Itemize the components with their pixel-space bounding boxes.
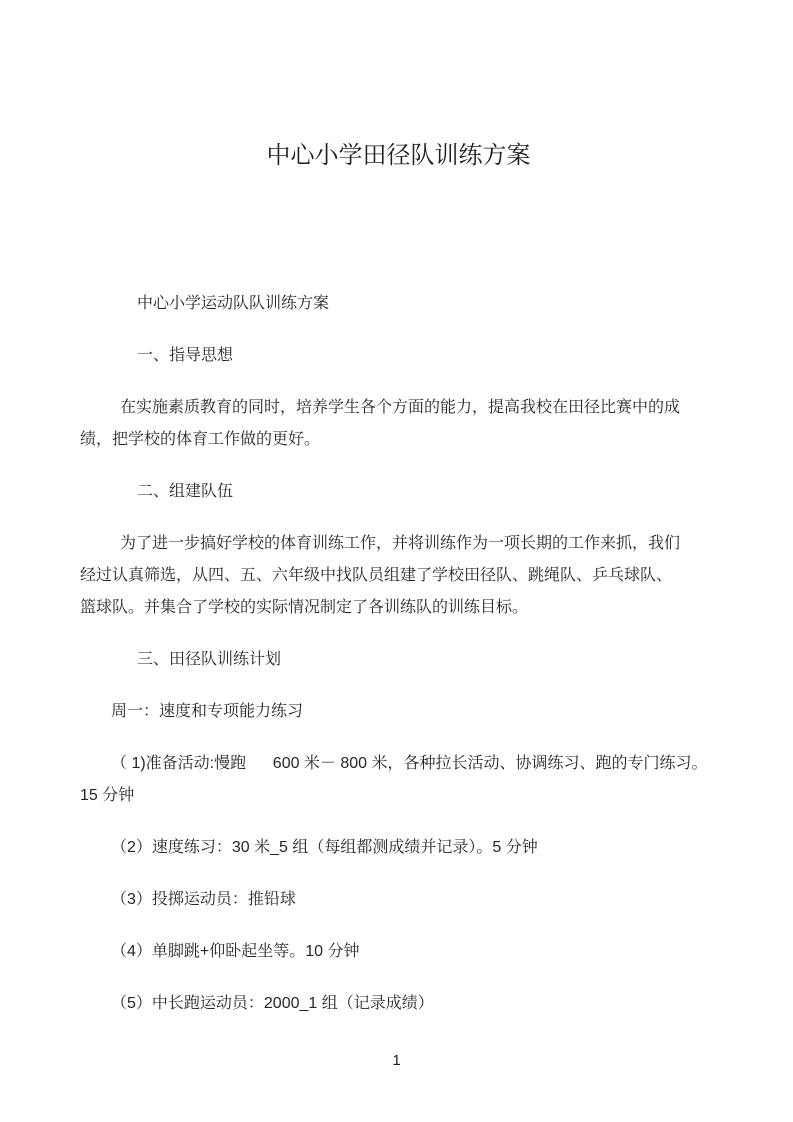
- schedule-heading-monday: 周一：速度和专项能力练习: [80, 696, 717, 728]
- list-item-3: （3）投掷运动员：推铅球: [80, 884, 717, 916]
- document-page: 中心小学田径队训练方案 中心小学运动队队训练方案 一、指导思想 在实施素质教育的…: [0, 0, 793, 1122]
- list-item-1: （ 1)准备活动:慢跑 600 米－ 800 米，各种拉长活动、协调练习、跑的专…: [80, 748, 717, 812]
- list-item-5: （5）中长跑运动员：2000_1 组（记录成绩）: [80, 988, 717, 1020]
- paragraph-team-building: 为了进一步搞好学校的体育训练工作，并将训练作为一项长期的工作来抓，我们 经过认真…: [80, 528, 717, 624]
- list-item-4: （4）单脚跳+仰卧起坐等。10 分钟: [80, 936, 717, 968]
- doc-subtitle: 中心小学运动队队训练方案: [80, 288, 717, 320]
- paragraph-guiding-thought: 在实施素质教育的同时，培养学生各个方面的能力，提高我校在田径比赛中的成 绩，把学…: [80, 392, 717, 456]
- section-heading-training-plan: 三、田径队训练计划: [80, 644, 717, 676]
- section-heading-team-building: 二、组建队伍: [80, 476, 717, 508]
- list-item-2: （2）速度练习：30 米_5 组（每组都测成绩并记录）。5 分钟: [80, 832, 717, 864]
- document-title: 中心小学田径队训练方案: [80, 142, 717, 170]
- page-number: 1: [0, 1052, 793, 1070]
- section-heading-guiding-thought: 一、指导思想: [80, 340, 717, 372]
